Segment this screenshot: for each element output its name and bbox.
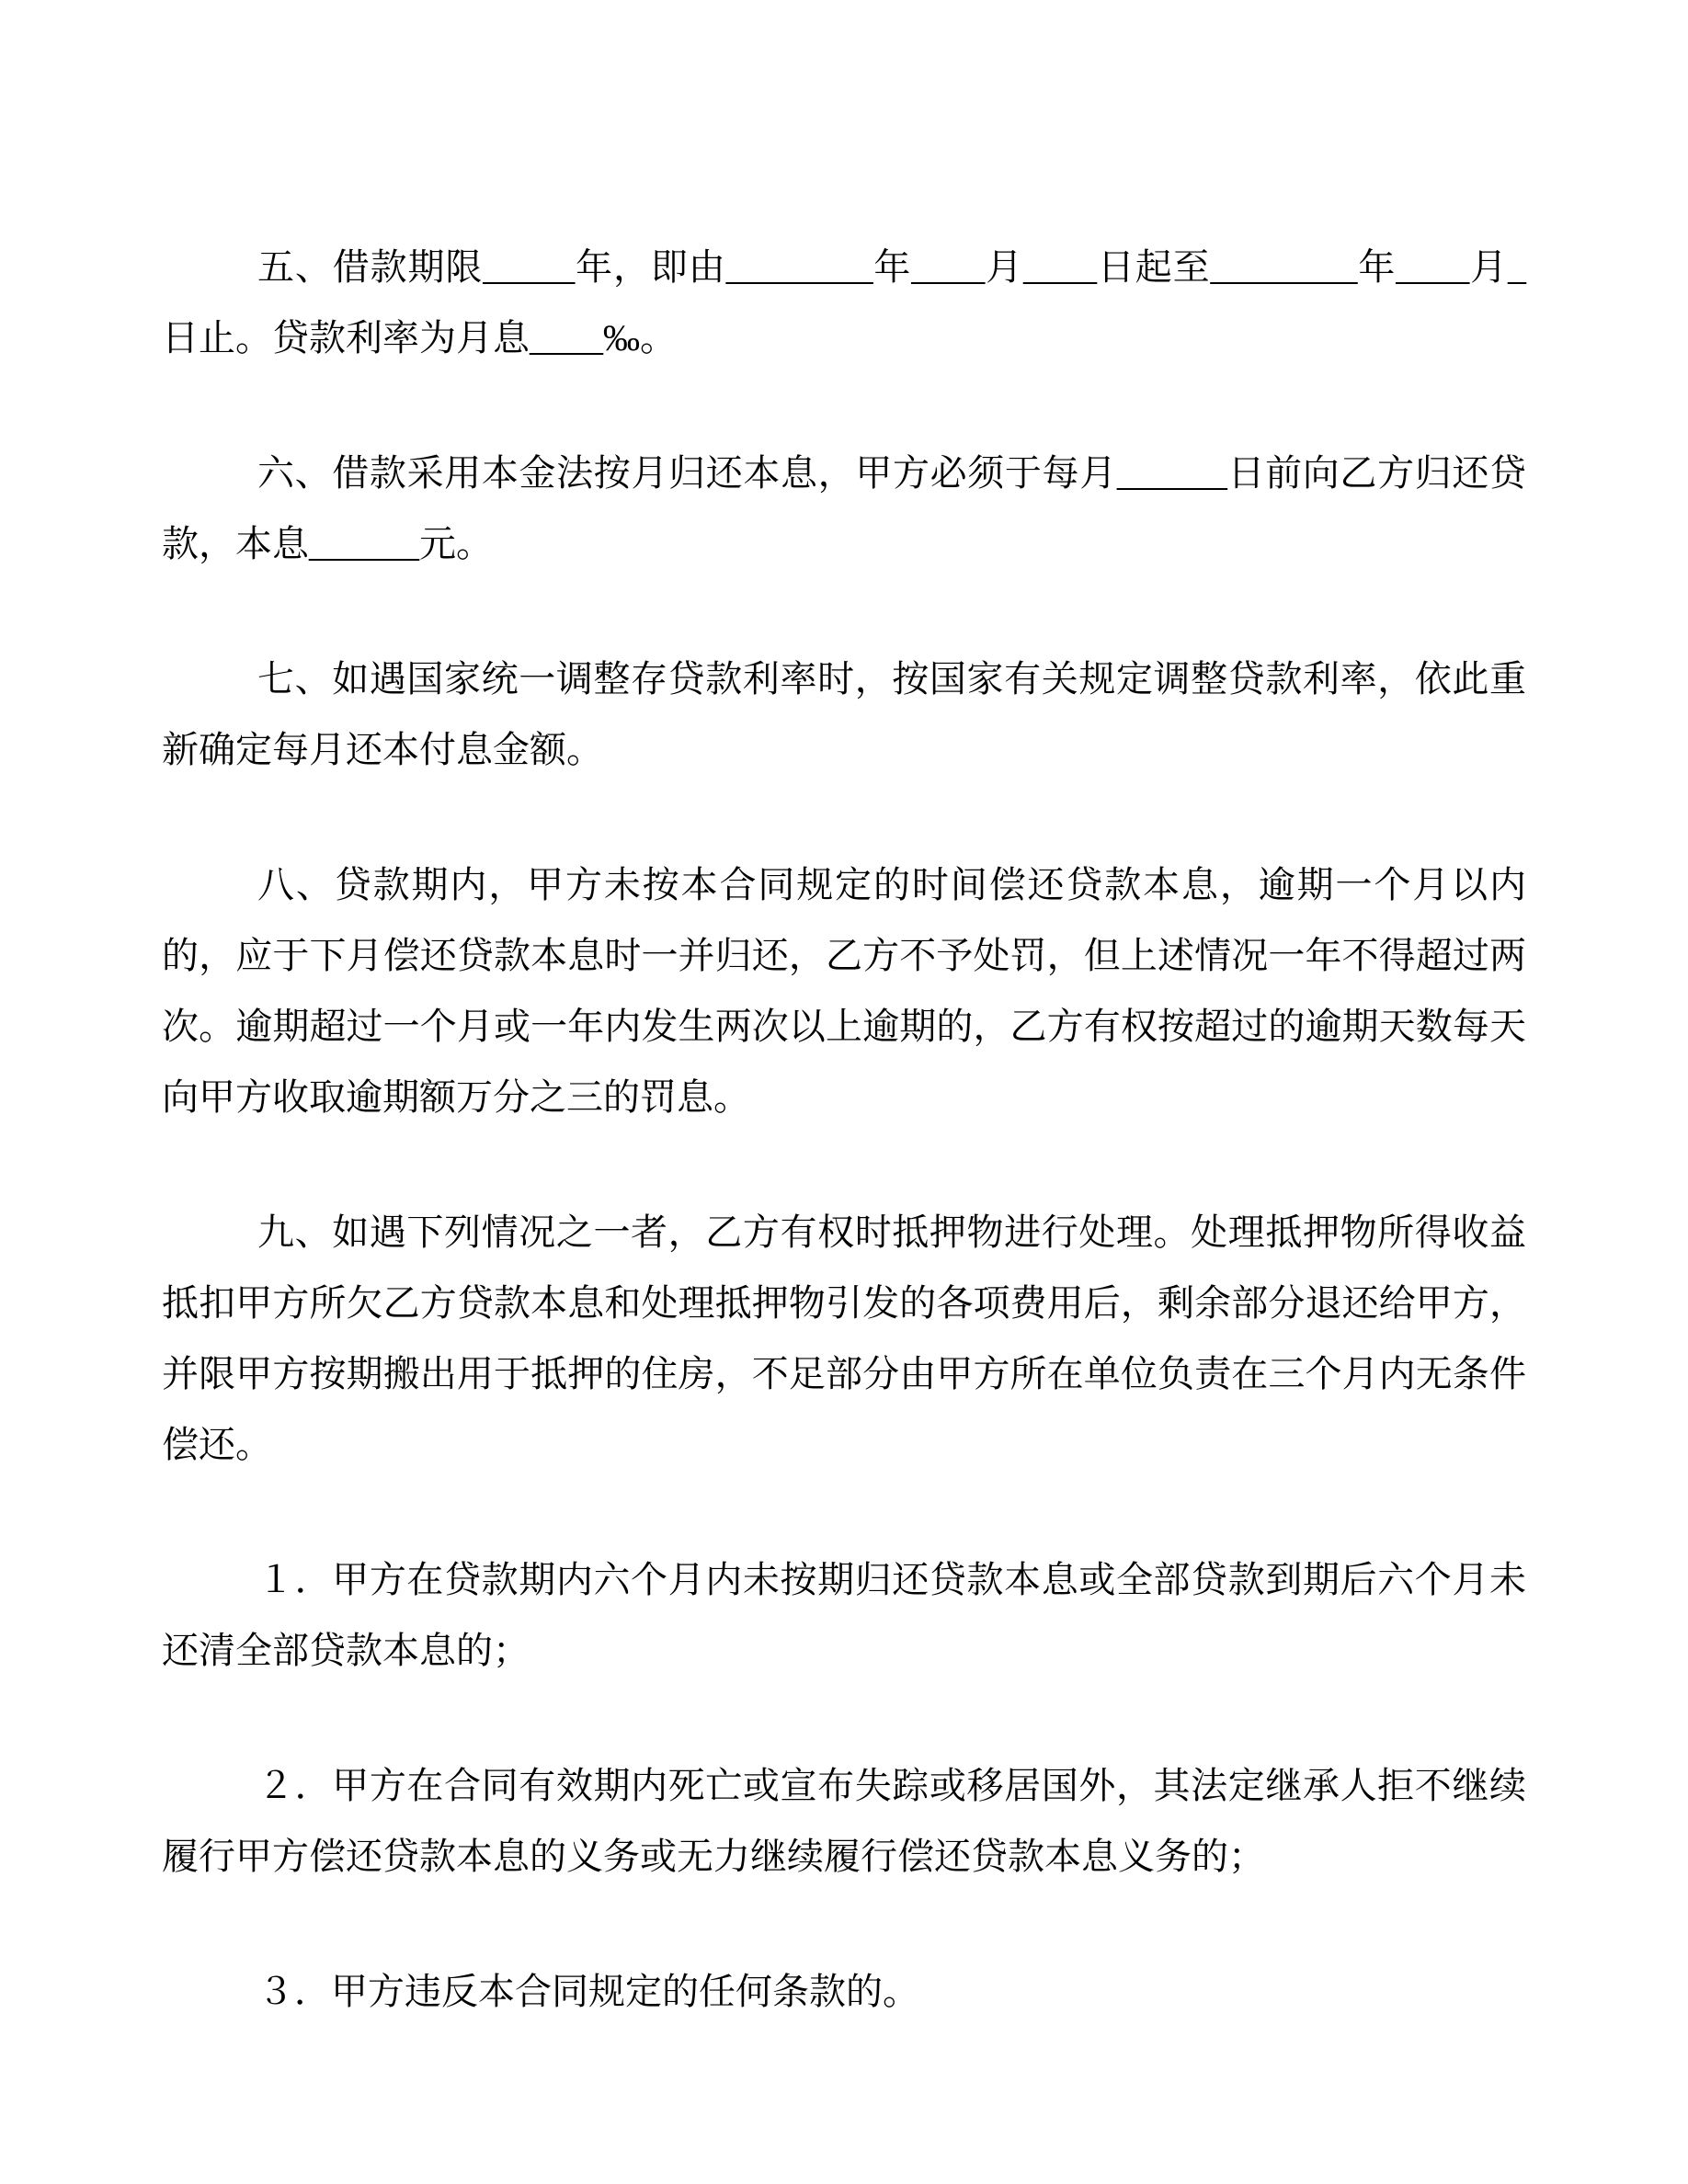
contract-clause-6: 六、借款采用本金法按月归还本息，甲方必须于每月______日前向乙方归还贷款，本… bbox=[162, 438, 1526, 579]
contract-clause-9-item-2: ２．甲方在合同有效期内死亡或宣布失踪或移居国外，其法定继承人拒不继续履行甲方偿还… bbox=[162, 1750, 1526, 1892]
contract-clause-9-item-3: ３．甲方违反本合同规定的任何条款的。 bbox=[162, 1956, 1526, 2027]
contract-clause-7: 七、如遇国家统一调整存贷款利率时，按国家有关规定调整贷款利率，依此重新确定每月还… bbox=[162, 643, 1526, 785]
contract-document-page: 五、借款期限_____年，即由________年____月____日起至____… bbox=[0, 0, 1688, 2184]
contract-clause-9-item-1: １．甲方在贷款期内六个月内未按期归还贷款本息或全部贷款到期后六个月未还清全部贷款… bbox=[162, 1544, 1526, 1686]
contract-clause-9: 九、如遇下列情况之一者，乙方有权时抵押物进行处理。处理抵押物所得收益抵扣甲方所欠… bbox=[162, 1197, 1526, 1480]
contract-clause-5: 五、借款期限_____年，即由________年____月____日起至____… bbox=[162, 232, 1526, 373]
contract-clause-8: 八、贷款期内，甲方未按本合同规定的时间偿还贷款本息，逾期一个月以内的，应于下月偿… bbox=[162, 849, 1526, 1132]
